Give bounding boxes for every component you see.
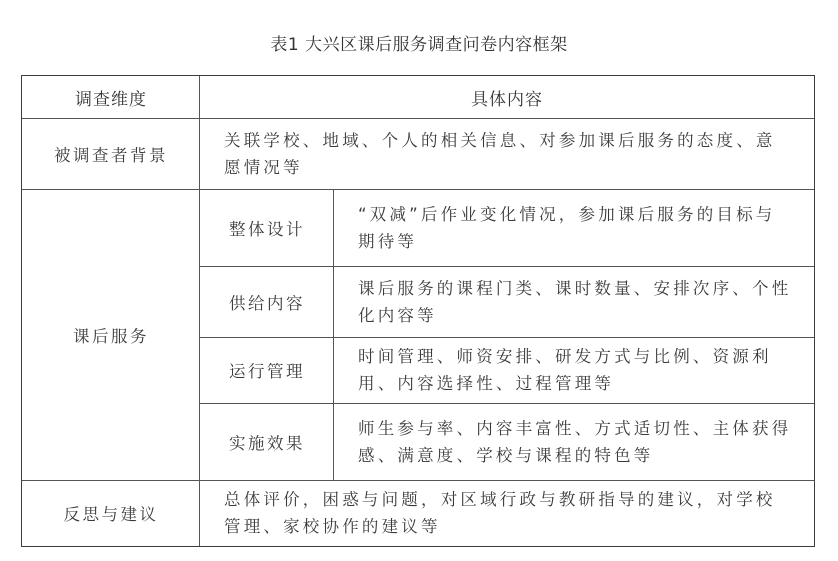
- dimension-reflection-suggestions: 反思与建议: [22, 480, 200, 546]
- content-respondent-background: 关联学校、地域、个人的相关信息、对参加课后服务的态度、意愿情况等: [200, 118, 814, 189]
- aspect-implementation-effect: 实施效果: [200, 403, 334, 480]
- header-content: 具体内容: [200, 76, 814, 118]
- content-supply-content: 课后服务的课程门类、课时数量、安排次序、个性化内容等: [334, 266, 814, 337]
- dimension-after-school-services: 课后服务: [22, 189, 200, 480]
- survey-framework-table: 调查维度 具体内容 被调查者背景 关联学校、地域、个人的相关信息、对参加课后服务…: [21, 75, 815, 547]
- content-operation-management: 时间管理、师资安排、研发方式与比例、资源利用、内容选择性、过程管理等: [334, 337, 814, 403]
- table-caption: 表1 大兴区课后服务调查问卷内容框架: [0, 30, 838, 55]
- aspect-supply-content: 供给内容: [200, 266, 334, 337]
- dimension-respondent-background: 被调查者背景: [22, 118, 200, 189]
- content-reflection-suggestions: 总体评价，困惑与问题，对区域行政与教研指导的建议，对学校管理、家校协作的建议等: [200, 480, 814, 546]
- header-dimension: 调查维度: [22, 76, 200, 118]
- aspect-overall-design: 整体设计: [200, 189, 334, 266]
- aspect-operation-management: 运行管理: [200, 337, 334, 403]
- content-overall-design: “双减”后作业变化情况，参加课后服务的目标与期待等: [334, 189, 814, 266]
- content-implementation-effect: 师生参与率、内容丰富性、方式适切性、主体获得感、满意度、学校与课程的特色等: [334, 403, 814, 480]
